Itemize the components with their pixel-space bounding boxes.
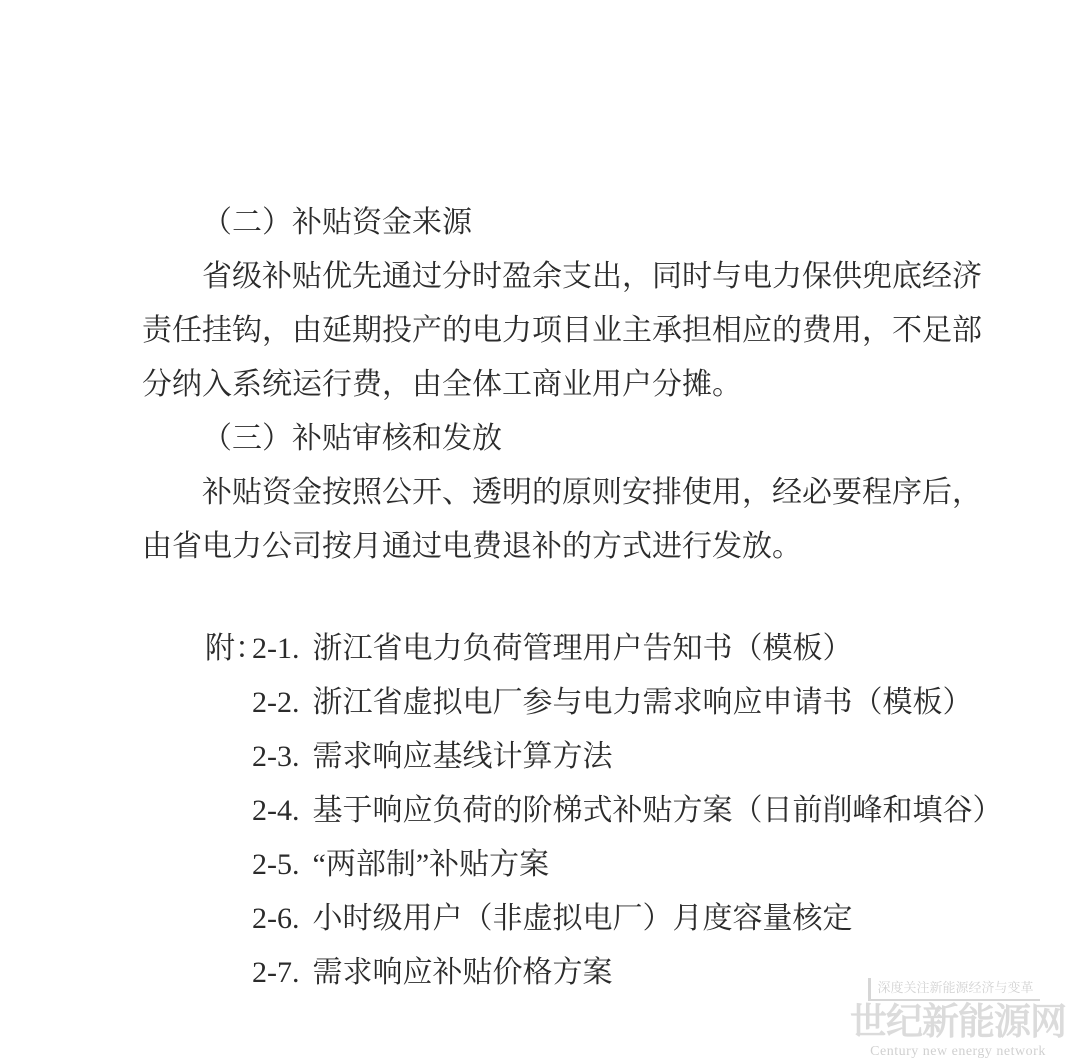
attachment-number-2-5: 2-5. <box>252 838 300 892</box>
watermark-tagline-row: 深度关注新能源经济与变革 <box>850 978 1066 1001</box>
attachment-item-2-6: 2-6.小时级用户（非虚拟电厂）月度容量核定 <box>142 892 992 946</box>
attachment-number-2-3: 2-3. <box>252 730 300 784</box>
attachment-title-2-4: 基于响应负荷的阶梯式补贴方案（日前削峰和填谷） <box>313 794 1003 827</box>
attachment-title-2-6: 小时级用户（非虚拟电厂）月度容量核定 <box>313 902 853 935</box>
attachments-label: 附： <box>205 622 252 676</box>
attachment-number-2-4: 2-4. <box>252 784 300 838</box>
attachment-number-2-2: 2-2. <box>252 676 300 730</box>
watermark-tagline: 深度关注新能源经济与变革 <box>868 978 1039 1001</box>
attachments-list: 附：2-1.浙江省电力负荷管理用户告知书（模板） 2-2.浙江省虚拟电厂参与电力… <box>142 622 992 1000</box>
attachment-title-2-2: 浙江省虚拟电厂参与电力需求响应申请书（模板） <box>313 686 973 719</box>
attachment-item-2-5: 2-5.“两部制”补贴方案 <box>142 838 992 892</box>
attachment-title-2-7: 需求响应补贴价格方案 <box>313 956 613 989</box>
section-2-heading: （二）补贴资金来源 <box>142 196 992 250</box>
section-3-heading: （三）补贴审核和发放 <box>142 412 992 466</box>
section-3-paragraph-line-1: 补贴资金按照公开、透明的原则安排使用，经必要程序后， <box>142 466 992 520</box>
attachment-item-2-1: 附：2-1.浙江省电力负荷管理用户告知书（模板） <box>142 622 992 676</box>
document-page: （二）补贴资金来源 省级补贴优先通过分时盈余支出，同时与电力保供兜底经济 责任挂… <box>0 0 1080 1000</box>
attachment-title-2-3: 需求响应基线计算方法 <box>313 740 613 773</box>
section-2-paragraph-line-3: 分纳入系统运行费，由全体工商业用户分摊。 <box>142 358 992 412</box>
watermark-site-name-english: Century new energy network <box>850 1044 1066 1059</box>
attachment-title-2-1: 浙江省电力负荷管理用户告知书（模板） <box>313 632 853 665</box>
attachment-title-2-5: “两部制”补贴方案 <box>313 848 550 881</box>
attachment-item-2-3: 2-3.需求响应基线计算方法 <box>142 730 992 784</box>
section-3-paragraph-line-2: 由省电力公司按月通过电费退补的方式进行发放。 <box>142 520 992 574</box>
attachment-number-2-7: 2-7. <box>252 946 300 1000</box>
watermark-site-name: 世纪新能源网 <box>850 1003 1066 1044</box>
site-watermark: 深度关注新能源经济与变革 世纪新能源网 Century new energy n… <box>850 978 1066 1059</box>
attachment-item-2-2: 2-2.浙江省虚拟电厂参与电力需求响应申请书（模板） <box>142 676 992 730</box>
attachment-number-2-6: 2-6. <box>252 892 300 946</box>
section-2-paragraph-line-2: 责任挂钩，由延期投产的电力项目业主承担相应的费用，不足部 <box>142 304 992 358</box>
section-2-paragraph-line-1: 省级补贴优先通过分时盈余支出，同时与电力保供兜底经济 <box>142 250 992 304</box>
attachment-number-2-1: 2-1. <box>252 622 300 676</box>
attachment-item-2-4: 2-4.基于响应负荷的阶梯式补贴方案（日前削峰和填谷） <box>142 784 992 838</box>
